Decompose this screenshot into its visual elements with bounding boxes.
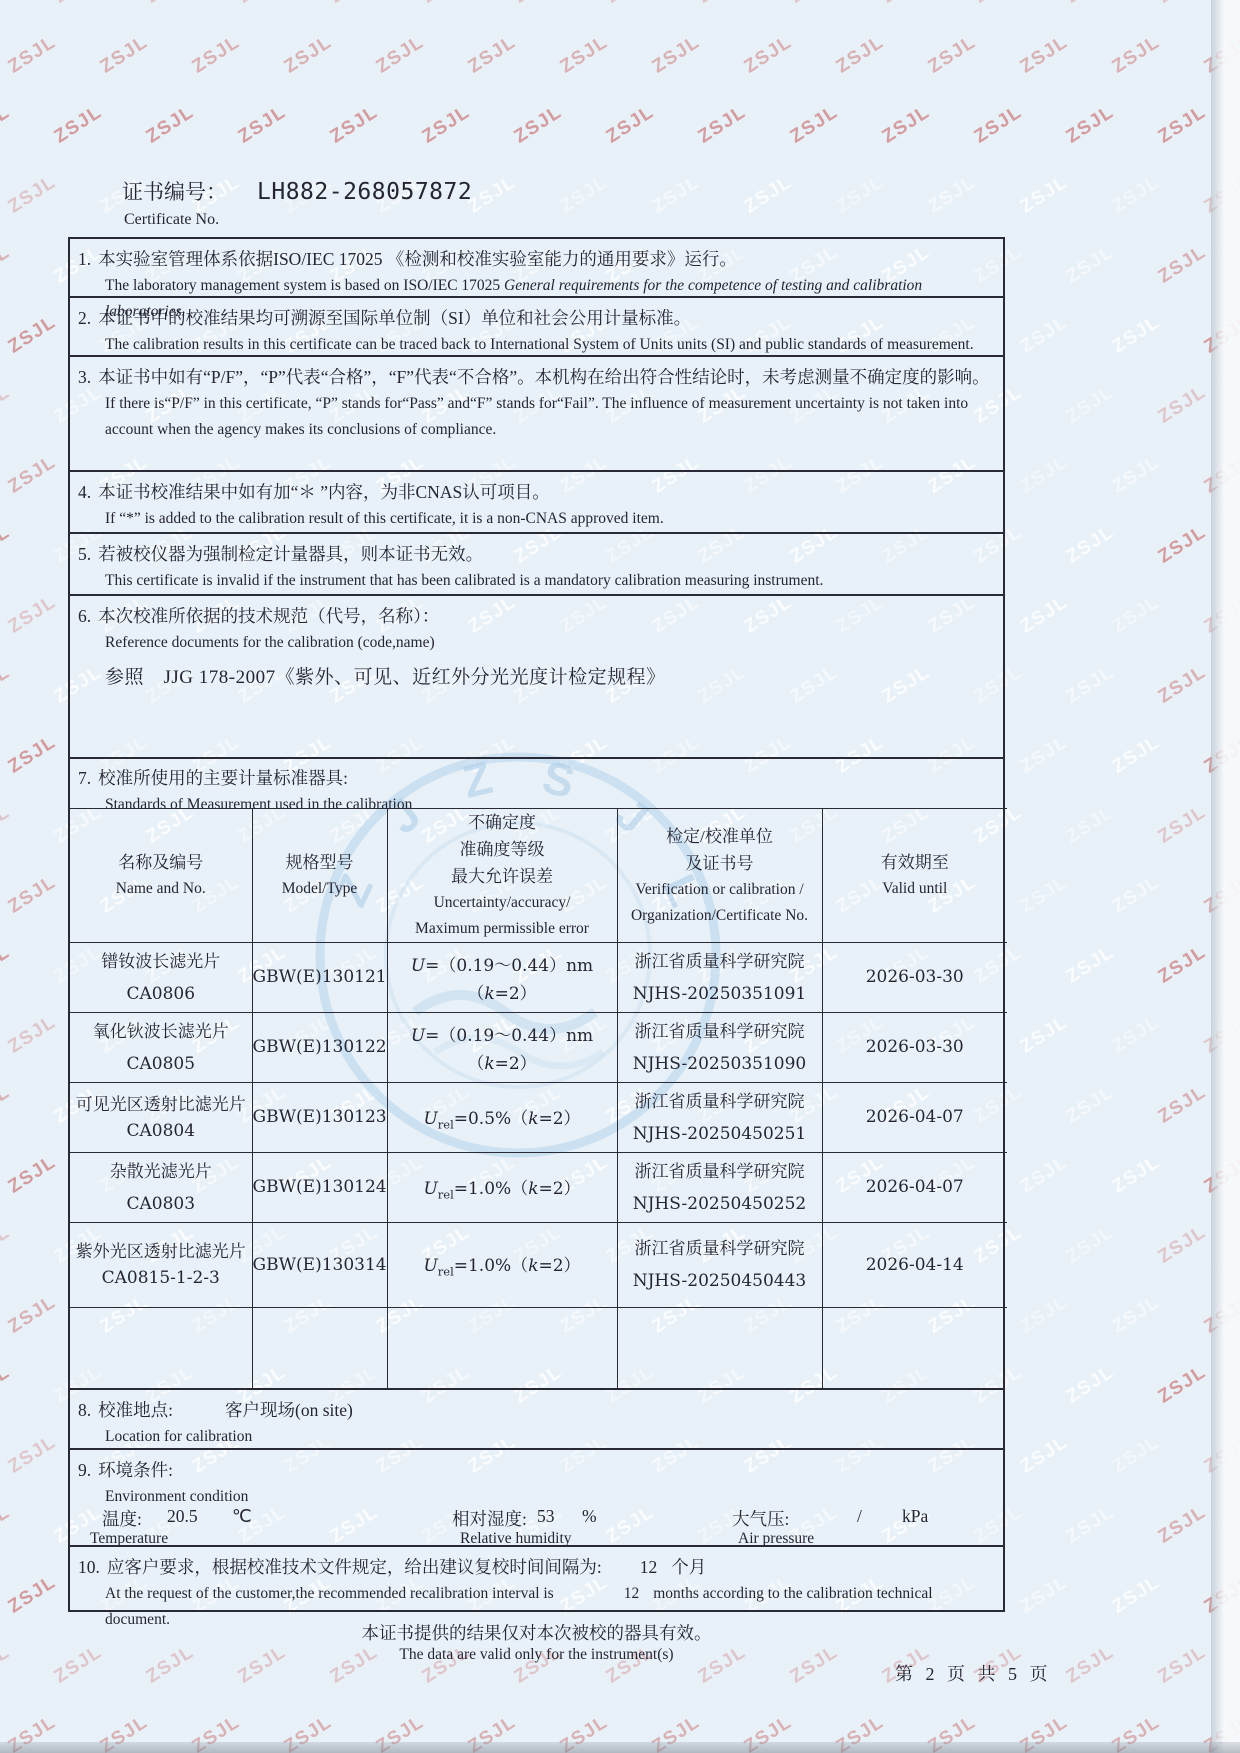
- clause-number: 6.: [78, 606, 91, 626]
- temperature-label-en: Temperature: [90, 1530, 168, 1548]
- clause-text-en: Reference documents for the calibration …: [105, 630, 993, 656]
- document-content: 证书编号：LH882-268057872 Certificate No. 1.本…: [0, 0, 1240, 1753]
- clause-number: 4.: [78, 482, 91, 502]
- humidity-label-en: Relative humidity: [460, 1530, 572, 1548]
- col-header-name: 名称及编号 Name and No.: [70, 809, 252, 943]
- clause-5: 5.若被校仪器为强制检定计量器具，则本证书无效。 This certificat…: [70, 534, 1003, 596]
- certificate-page: ZSJLZSJLZSJLZSJLZSJLZSJLZSJLZSJLZSJLZSJL…: [0, 0, 1240, 1753]
- cell-model: GBW(E)130121: [252, 943, 387, 1013]
- scan-page-bottom-edge: [0, 1742, 1240, 1753]
- location-value: 客户现场(on site): [225, 1400, 353, 1420]
- table-row: 紫外光区透射比滤光片CA0815-1-2-3 GBW(E)130314 Urel…: [70, 1223, 1007, 1308]
- clause-number: 3.: [78, 367, 91, 387]
- standards-table: 名称及编号 Name and No. 规格型号 Model/Type 不确定度 …: [70, 808, 1007, 1388]
- cell-verification: 浙江省质量科学研究院NJHS-20250351091: [617, 943, 822, 1013]
- clause-1: 1.本实验室管理体系依据ISO/IEC 17025 《检测和校准实验室能力的通用…: [70, 239, 1003, 298]
- cell-name: 氧化钬波长滤光片CA0805: [70, 1013, 252, 1083]
- humidity-label-zh: 相对湿度:: [452, 1506, 527, 1531]
- clause-text-zh: 本实验室管理体系依据ISO/IEC 17025 《检测和校准实验室能力的通用要求…: [98, 249, 737, 269]
- col-header-verification: 检定/校准单位 及证书号 Verification or calibration…: [617, 809, 822, 943]
- humidity-unit: %: [582, 1506, 597, 1527]
- clause-6: 6.本次校准所依据的技术规范（代号，名称）： Reference documen…: [70, 596, 1003, 759]
- clause-text-zh: 本证书校准结果中如有加“＊ ”内容，为非CNAS认可项目。: [98, 482, 550, 502]
- table-header-row: 名称及编号 Name and No. 规格型号 Model/Type 不确定度 …: [70, 809, 1007, 943]
- cell-valid-until: 2026-04-14: [822, 1223, 1007, 1308]
- section-9-environment: 9.环境条件: Environment condition 温度: 20.5 ℃…: [70, 1450, 1003, 1547]
- clause-text-en: This certificate is invalid if the instr…: [105, 568, 993, 594]
- clause-number: 5.: [78, 544, 91, 564]
- temperature-unit: ℃: [232, 1506, 252, 1527]
- table-row: 镨钕波长滤光片CA0806 GBW(E)130121 U=（0.19～0.44）…: [70, 943, 1007, 1013]
- cell-verification: 浙江省质量科学研究院NJHS-20250351090: [617, 1013, 822, 1083]
- cell-name: 紫外光区透射比滤光片CA0815-1-2-3: [70, 1223, 252, 1308]
- certificate-number-line: 证书编号：LH882-268057872: [122, 176, 472, 206]
- clause-text-zh: 本次校准所依据的技术规范（代号，名称）：: [98, 606, 439, 626]
- air-pressure-unit: kPa: [902, 1506, 928, 1527]
- cell-uncertainty: U=（0.19～0.44）nm（k=2）: [387, 943, 617, 1013]
- cell-model: GBW(E)130124: [252, 1153, 387, 1223]
- section-8-location: 8.校准地点:客户现场(on site) Location for calibr…: [70, 1390, 1003, 1450]
- recal-value-zh: 12: [640, 1557, 658, 1577]
- cell-verification: 浙江省质量科学研究院NJHS-20250450251: [617, 1083, 822, 1153]
- cell-model: GBW(E)130122: [252, 1013, 387, 1083]
- cell-name: 可见光区透射比滤光片CA0804: [70, 1083, 252, 1153]
- cell-uncertainty: Urel=0.5%（k=2）: [387, 1083, 617, 1153]
- clause-number: 10.: [78, 1557, 100, 1577]
- humidity-value: 53: [537, 1506, 555, 1527]
- location-label-zh: 校准地点:: [98, 1400, 173, 1420]
- certificate-number-value: LH882-268057872: [257, 179, 472, 205]
- recal-text-zh: 应客户要求，根据校准技术文件规定，给出建议复校时间间隔为:: [107, 1557, 602, 1577]
- col-header-valid-until: 有效期至 Valid until: [822, 809, 1007, 943]
- clause-number: 1.: [78, 249, 91, 269]
- cell-name: 镨钕波长滤光片CA0806: [70, 943, 252, 1013]
- certificate-number-label-en: Certificate No.: [124, 211, 219, 229]
- section-7-standards: 7.校准所使用的主要计量标准器具: Standards of Measureme…: [70, 759, 1003, 1390]
- cell-valid-until: 2026-03-30: [822, 1013, 1007, 1083]
- cell-verification: 浙江省质量科学研究院NJHS-20250450252: [617, 1153, 822, 1223]
- environment-label-zh: 环境条件:: [98, 1460, 173, 1480]
- table-empty-row: [70, 1308, 1007, 1389]
- clause-text-zh: 本证书中的校准结果均可溯源至国际单位制（SI）单位和社会公用计量标准。: [98, 308, 691, 328]
- col-header-model: 规格型号 Model/Type: [252, 809, 387, 943]
- location-label-en: Location for calibration: [105, 1424, 993, 1450]
- table-row: 杂散光滤光片CA0803 GBW(E)130124 Urel=1.0%（k=2）…: [70, 1153, 1007, 1223]
- clause-text-en: If “*” is added to the calibration resul…: [105, 506, 993, 532]
- cell-model: GBW(E)130123: [252, 1083, 387, 1153]
- table-row: 可见光区透射比滤光片CA0804 GBW(E)130123 Urel=0.5%（…: [70, 1083, 1007, 1153]
- clause-number: 9.: [78, 1460, 91, 1480]
- temperature-value: 20.5: [167, 1506, 198, 1527]
- section-10-recalibration: 10.应客户要求，根据校准技术文件规定，给出建议复校时间间隔为:12个月 At …: [70, 1547, 1003, 1610]
- reference-document: 参照 JJG 178-2007《紫外、可见、近红外分光光度计检定规程》: [105, 662, 993, 689]
- clause-text-zh: 本证书中如有“P/F”，“P”代表“合格”，“F”代表“不合格”。本机构在给出符…: [98, 367, 989, 387]
- certificate-number-label: 证书编号：: [122, 180, 227, 204]
- clause-4: 4.本证书校准结果中如有加“＊ ”内容，为非CNAS认可项目。 If “*” i…: [70, 472, 1003, 534]
- clause-3: 3.本证书中如有“P/F”，“P”代表“合格”，“F”代表“不合格”。本机构在给…: [70, 357, 1003, 472]
- page-number: 第 2 页 共 5 页: [895, 1660, 1052, 1686]
- clause-number: 2.: [78, 308, 91, 328]
- scan-page-right-edge: [1211, 0, 1240, 1753]
- table-row: 氧化钬波长滤光片CA0805 GBW(E)130122 U=（0.19～0.44…: [70, 1013, 1007, 1083]
- cell-uncertainty: Urel=1.0%（k=2）: [387, 1223, 617, 1308]
- air-pressure-label-en: Air pressure: [738, 1530, 814, 1548]
- certificate-body-box: 1.本实验室管理体系依据ISO/IEC 17025 《检测和校准实验室能力的通用…: [68, 237, 1005, 1612]
- validity-note-en: The data are valid only for the instrume…: [68, 1646, 1005, 1664]
- cell-valid-until: 2026-03-30: [822, 943, 1007, 1013]
- cell-verification: 浙江省质量科学研究院NJHS-20250450443: [617, 1223, 822, 1308]
- air-pressure-label-zh: 大气压:: [732, 1506, 789, 1531]
- cell-model: GBW(E)130314: [252, 1223, 387, 1308]
- clause-number: 8.: [78, 1400, 91, 1420]
- clause-2: 2.本证书中的校准结果均可溯源至国际单位制（SI）单位和社会公用计量标准。 Th…: [70, 298, 1003, 357]
- cell-valid-until: 2026-04-07: [822, 1153, 1007, 1223]
- recal-unit-zh: 个月: [671, 1557, 706, 1577]
- section-7-title-zh: 校准所使用的主要计量标准器具:: [98, 768, 348, 788]
- clause-number: 7.: [78, 768, 91, 788]
- clause-text-en: If there is“P/F” in this certificate, “P…: [105, 391, 975, 443]
- temperature-label-zh: 温度:: [102, 1506, 142, 1531]
- air-pressure-value: /: [857, 1506, 862, 1527]
- cell-valid-until: 2026-04-07: [822, 1083, 1007, 1153]
- col-header-uncertainty: 不确定度 准确度等级 最大允许误差 Uncertainty/accuracy/ …: [387, 809, 617, 943]
- cell-uncertainty: U=（0.19～0.44）nm（k=2）: [387, 1013, 617, 1083]
- cell-name: 杂散光滤光片CA0803: [70, 1153, 252, 1223]
- cell-uncertainty: Urel=1.0%（k=2）: [387, 1153, 617, 1223]
- validity-note-zh: 本证书提供的结果仅对本次被校的器具有效。: [68, 1620, 1005, 1645]
- clause-text-zh: 若被校仪器为强制检定计量器具，则本证书无效。: [98, 544, 483, 564]
- clause-text-en: The calibration results in this certific…: [105, 332, 993, 358]
